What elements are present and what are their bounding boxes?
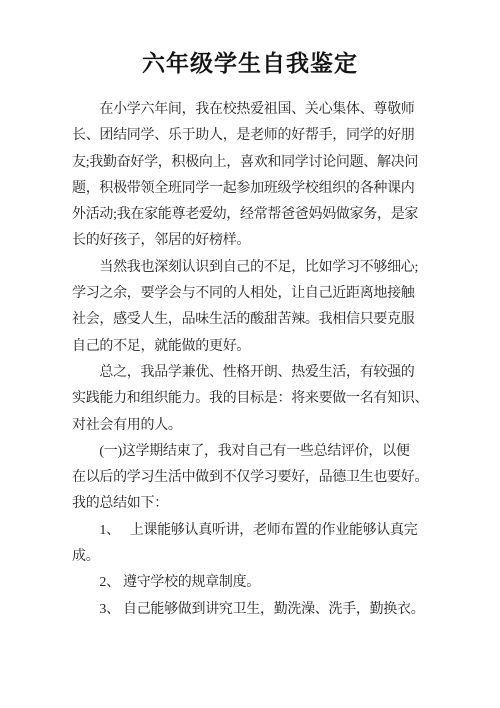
text-line: 学习之余，要学会与不同的人相处，让自己近距离地接触: [72, 281, 424, 307]
text-line: 2、 遵守学校的规章制度。: [72, 570, 424, 596]
text-line: 3、 自己能够做到讲究卫生，勤洗澡、洗手，勤换衣。: [72, 597, 424, 623]
text-line: 我的总结如下：: [72, 491, 424, 517]
text-line: (一)这学期结束了，我对自己有一些总结评价，以便: [72, 439, 424, 465]
text-line: 对社会有用的人。: [72, 413, 424, 439]
document-title: 六年级学生自我鉴定: [0, 0, 500, 78]
text-line: 自己的不足，就能做的更好。: [72, 334, 424, 360]
list-item-1: 1、 上课能够认真听讲，老师布置的作业能够认真完 成。: [72, 518, 424, 571]
document-body: 在小学六年间，我在校热爱祖国、关心集体、尊敬师 长、团结同学、乐于助人，是老师的…: [72, 97, 424, 623]
paragraph-shortcomings: 当然我也深刻认识到自己的不足，比如学习不够细心; 学习之余，要学会与不同的人相处…: [72, 255, 424, 360]
text-line: 总之，我品学兼优、性格开朗、热爱生活，有较强的: [72, 360, 424, 386]
text-line: 长的好孩子，邻居的好榜样。: [72, 228, 424, 254]
paragraph-term-evaluation: (一)这学期结束了，我对自己有一些总结评价，以便 在以后的学习生活中做到不仅学习…: [72, 439, 424, 518]
text-line: 在以后的学习生活中做到不仅学习要好，品德卫生也要好。: [72, 465, 424, 491]
text-line: 社会，感受人生，品味生活的酸甜苦辣。我相信只要克服: [72, 307, 424, 333]
list-item-2: 2、 遵守学校的规章制度。: [72, 570, 424, 596]
paragraph-summary: 总之，我品学兼优、性格开朗、热爱生活，有较强的 实践能力和组织能力。我的目标是：…: [72, 360, 424, 439]
text-line: 成。: [72, 544, 424, 570]
text-line: 当然我也深刻认识到自己的不足，比如学习不够细心;: [72, 255, 424, 281]
paragraph-intro: 在小学六年间，我在校热爱祖国、关心集体、尊敬师 长、团结同学、乐于助人，是老师的…: [72, 97, 424, 255]
text-line: 友;我勤奋好学，积极向上，喜欢和同学讨论问题、解决问: [72, 150, 424, 176]
text-line: 题，积极带领全班同学一起参加班级学校组织的各种课内: [72, 176, 424, 202]
list-item-3: 3、 自己能够做到讲究卫生，勤洗澡、洗手，勤换衣。: [72, 597, 424, 623]
text-line: 在小学六年间，我在校热爱祖国、关心集体、尊敬师: [72, 97, 424, 123]
document-page: 六年级学生自我鉴定 在小学六年间，我在校热爱祖国、关心集体、尊敬师 长、团结同学…: [0, 0, 500, 708]
text-line: 实践能力和组织能力。我的目标是：将来要做一名有知识、: [72, 386, 424, 412]
text-line: 1、 上课能够认真听讲，老师布置的作业能够认真完: [72, 518, 424, 544]
text-line: 长、团结同学、乐于助人，是老师的好帮手，同学的好朋: [72, 123, 424, 149]
text-line: 外活动;我在家能尊老爱幼，经常帮爸爸妈妈做家务，是家: [72, 202, 424, 228]
